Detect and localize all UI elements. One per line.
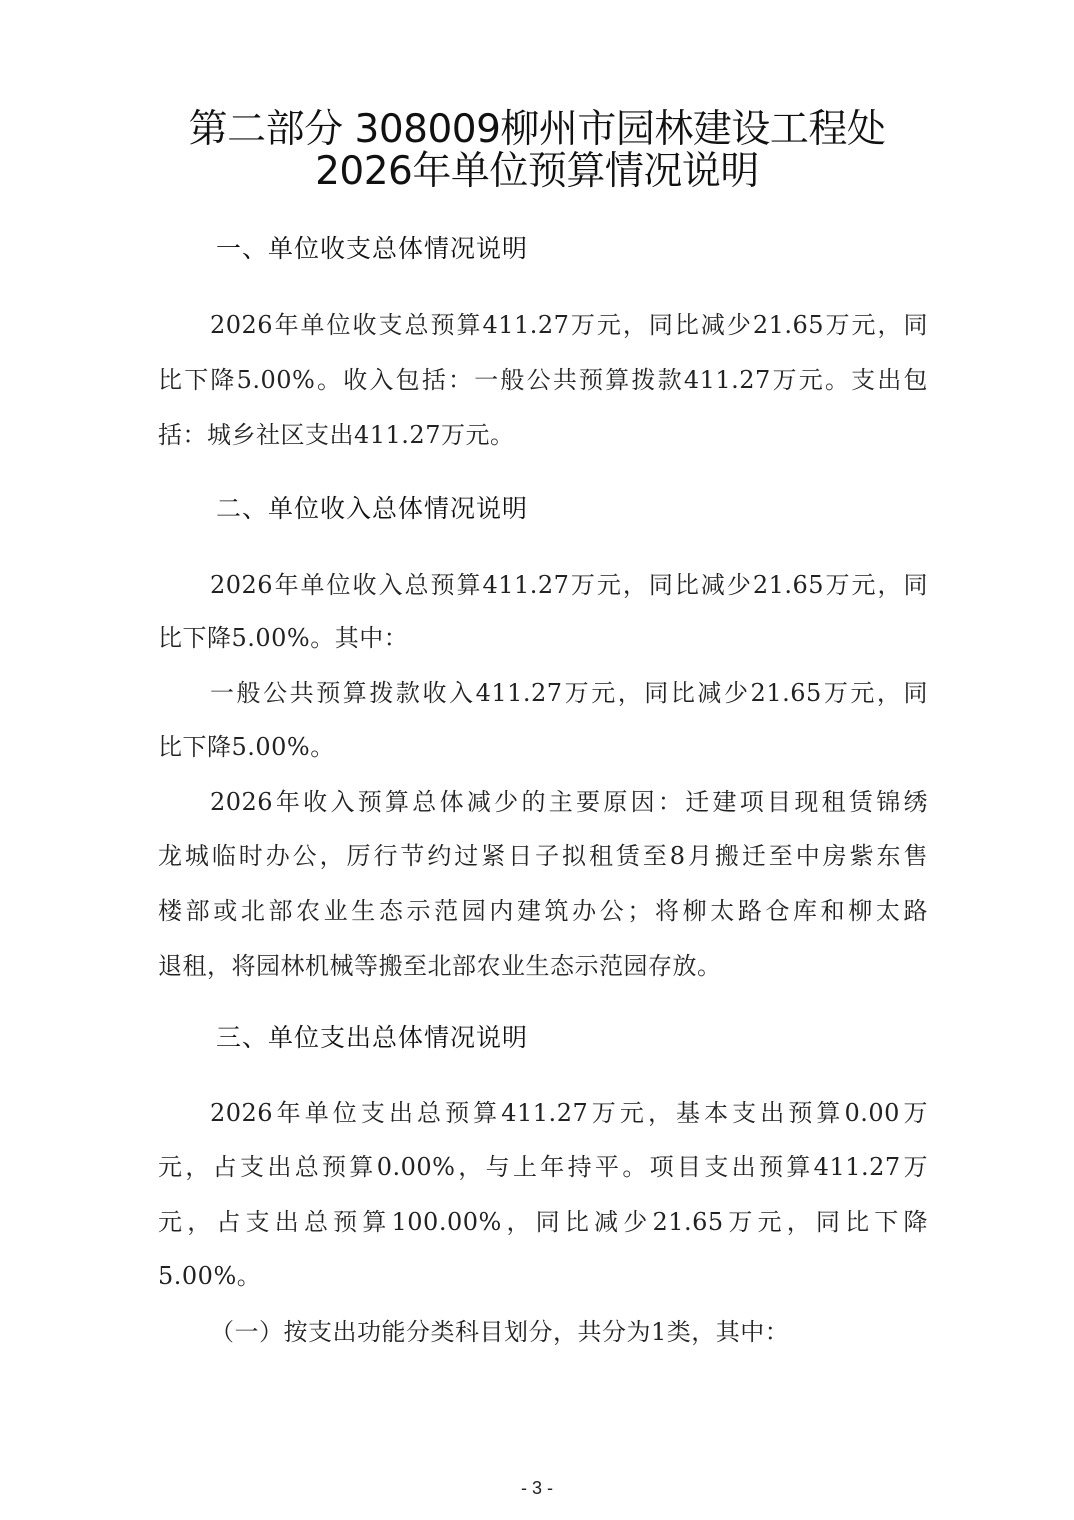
- paragraph-line: 比下降5.00%。: [158, 731, 928, 763]
- paragraph-line: 括：城乡社区支出411.27万元。: [158, 419, 928, 451]
- paragraph-line: 元，占支出总预算0.00%，与上年持平。项目支出预算411.27万: [158, 1151, 928, 1183]
- section-heading-2: 二、单位收入总体情况说明: [216, 493, 528, 525]
- paragraph-line: 2026年单位收支总预算411.27万元，同比减少21.65万元，同: [210, 309, 928, 341]
- paragraph-line: （一）按支出功能分类科目划分，共分为1类，其中：: [210, 1316, 928, 1348]
- paragraph-line: 元，占支出总预算100.00%，同比减少21.65万元，同比下降: [158, 1206, 928, 1238]
- paragraph-line: 2026年单位收入总预算411.27万元，同比减少21.65万元，同: [210, 569, 928, 601]
- paragraph-line: 一般公共预算拨款收入411.27万元，同比减少21.65万元，同: [210, 677, 928, 709]
- paragraph-line: 退租，将园林机械等搬至北部农业生态示范园存放。: [158, 950, 928, 982]
- section-heading-3: 三、单位支出总体情况说明: [216, 1022, 528, 1054]
- page-number: - 3 -: [0, 1478, 1074, 1499]
- paragraph-line: 比下降5.00%。收入包括：一般公共预算拨款411.27万元。支出包: [158, 364, 928, 396]
- paragraph-line: 2026年收入预算总体减少的主要原因：迁建项目现租赁锦绣: [210, 786, 928, 818]
- paragraph-line: 龙城临时办公，厉行节约过紧日子拟租赁至8月搬迁至中房紫东售: [158, 840, 928, 872]
- paragraph-line: 2026年单位支出总预算411.27万元，基本支出预算0.00万: [210, 1097, 928, 1129]
- document-title-line-1: 第二部分 308009柳州市园林建设工程处: [0, 108, 1074, 152]
- section-heading-1: 一、单位收支总体情况说明: [216, 233, 528, 265]
- paragraph-line: 5.00%。: [158, 1260, 928, 1292]
- paragraph-line: 楼部或北部农业生态示范园内建筑办公；将柳太路仓库和柳太路: [158, 895, 928, 927]
- paragraph-line: 比下降5.00%。其中：: [158, 622, 928, 654]
- document-title-line-2: 2026年单位预算情况说明: [0, 150, 1074, 194]
